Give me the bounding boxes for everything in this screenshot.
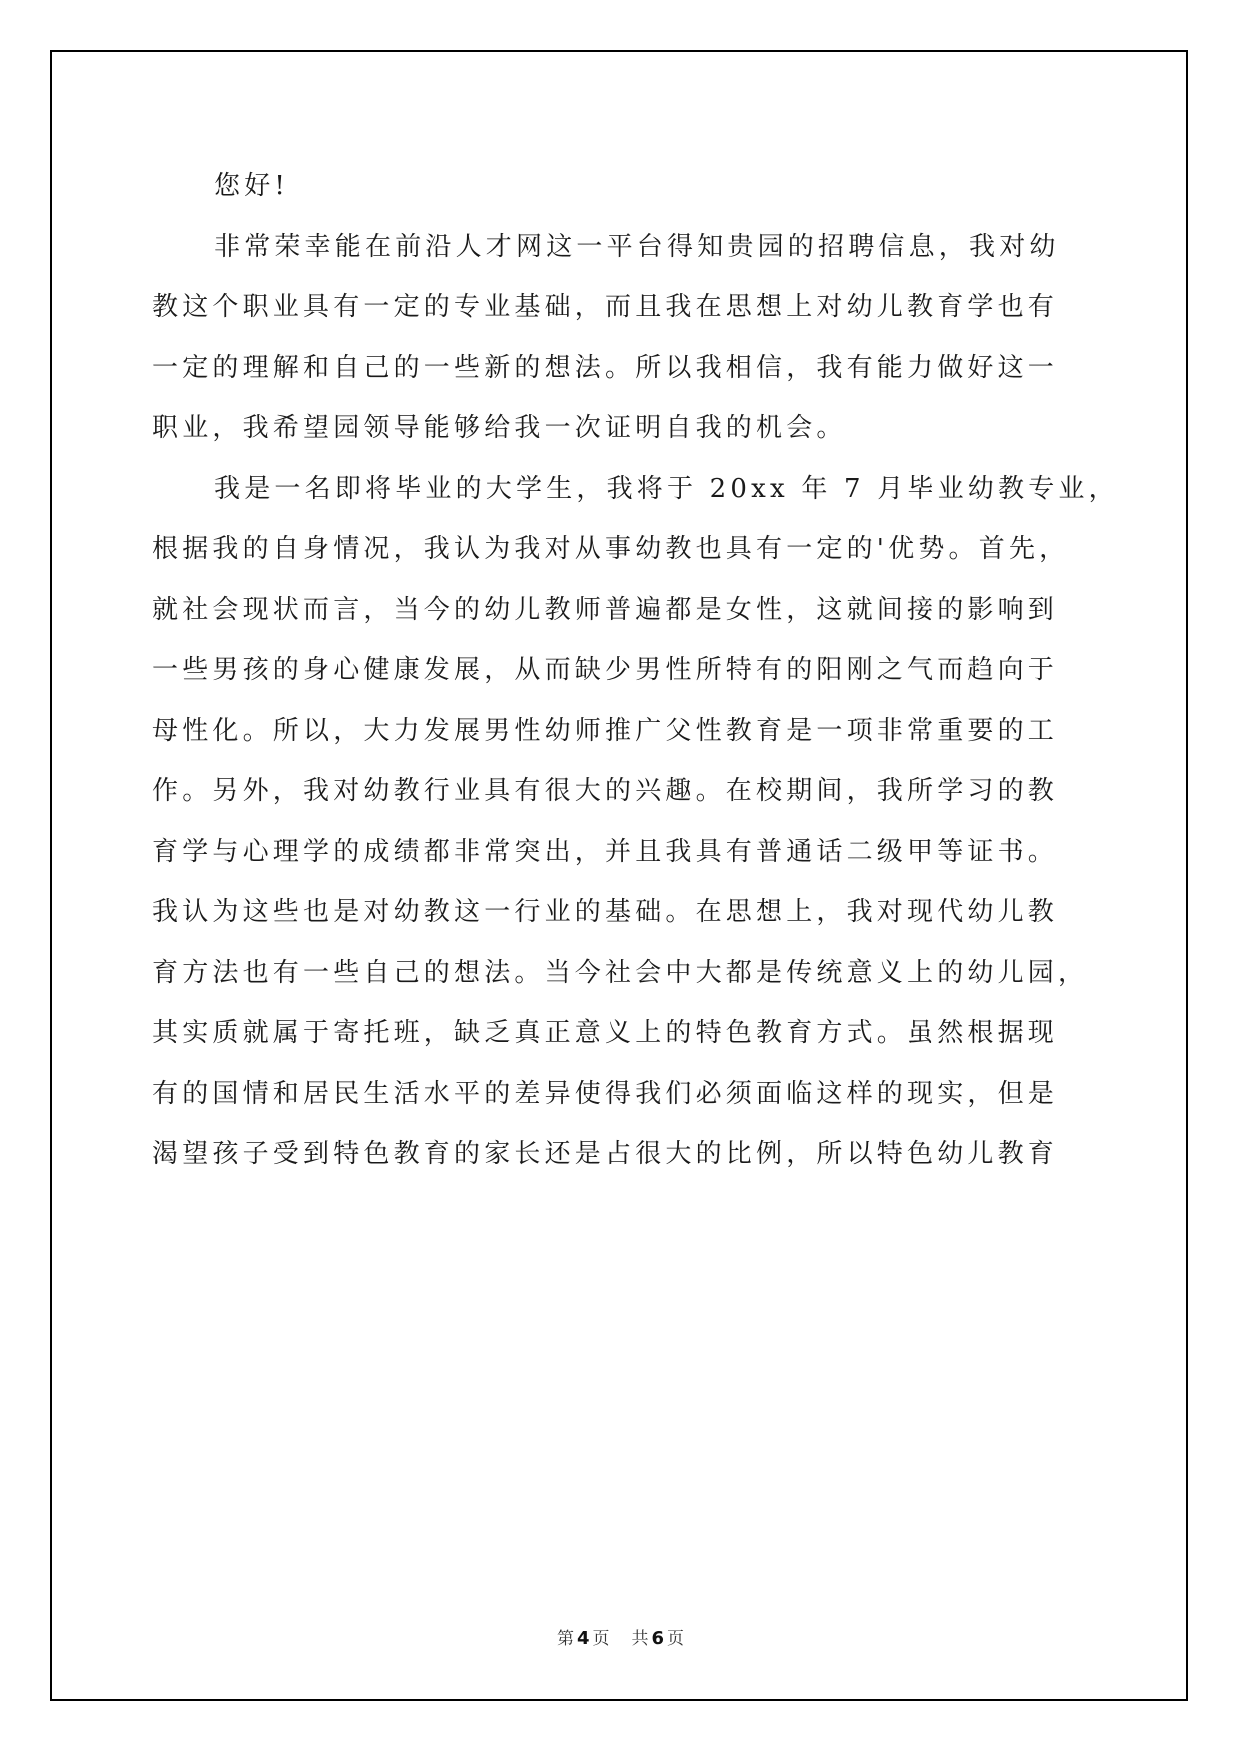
paragraph-line: 育学与心理学的成绩都非常突出，并且我具有普通话二级甲等证书。 bbox=[152, 834, 1092, 895]
page-suffix: 页 bbox=[593, 1629, 610, 1649]
paragraph-line: 我是一名即将毕业的大学生，我将于 20xx 年 7 月毕业幼教专业， bbox=[152, 471, 1092, 532]
paragraph-line: 其实质就属于寄托班，缺乏真正意义上的特色教育方式。虽然根据现 bbox=[152, 1015, 1092, 1076]
greeting-line: 您好! bbox=[152, 168, 1092, 229]
total-prefix: 共 bbox=[632, 1629, 649, 1649]
current-page-number: 4 bbox=[577, 1628, 590, 1649]
paragraph-line: 渴望孩子受到特色教育的家长还是占很大的比例，所以特色幼儿教育 bbox=[152, 1136, 1092, 1197]
total-suffix: 页 bbox=[667, 1629, 684, 1649]
paragraph-line: 根据我的自身情况，我认为我对从事幼教也具有一定的'优势。首先， bbox=[152, 531, 1092, 592]
paragraph-line: 作。另外，我对幼教行业具有很大的兴趣。在校期间，我所学习的教 bbox=[152, 773, 1092, 834]
paragraph-line: 非常荣幸能在前沿人才网这一平台得知贵园的招聘信息，我对幼 bbox=[152, 229, 1092, 290]
letter-body: 您好! 非常荣幸能在前沿人才网这一平台得知贵园的招聘信息，我对幼 教这个职业具有… bbox=[152, 168, 1092, 1197]
paragraph-line: 就社会现状而言，当今的幼儿教师普遍都是女性，这就间接的影响到 bbox=[152, 592, 1092, 653]
total-page-count: 6 bbox=[652, 1628, 665, 1649]
paragraph-line: 育方法也有一些自己的想法。当今社会中大都是传统意义上的幼儿园， bbox=[152, 955, 1092, 1016]
paragraph-line: 一些男孩的身心健康发展，从而缺少男性所特有的阳刚之气而趋向于 bbox=[152, 652, 1092, 713]
paragraph-line: 职业，我希望园领导能够给我一次证明自我的机会。 bbox=[152, 410, 1092, 471]
page-prefix: 第 bbox=[557, 1629, 574, 1649]
paragraph-line: 母性化。所以，大力发展男性幼师推广父性教育是一项非常重要的工 bbox=[152, 713, 1092, 774]
paragraph-line: 我认为这些也是对幼教这一行业的基础。在思想上，我对现代幼儿教 bbox=[152, 894, 1092, 955]
paragraph-line: 教这个职业具有一定的专业基础，而且我在思想上对幼儿教育学也有 bbox=[152, 289, 1092, 350]
page-footer: 第4页共6页 bbox=[0, 1624, 1241, 1649]
paragraph-line: 有的国情和居民生活水平的差异使得我们必须面临这样的现实，但是 bbox=[152, 1076, 1092, 1137]
paragraph-line: 一定的理解和自己的一些新的想法。所以我相信，我有能力做好这一 bbox=[152, 350, 1092, 411]
